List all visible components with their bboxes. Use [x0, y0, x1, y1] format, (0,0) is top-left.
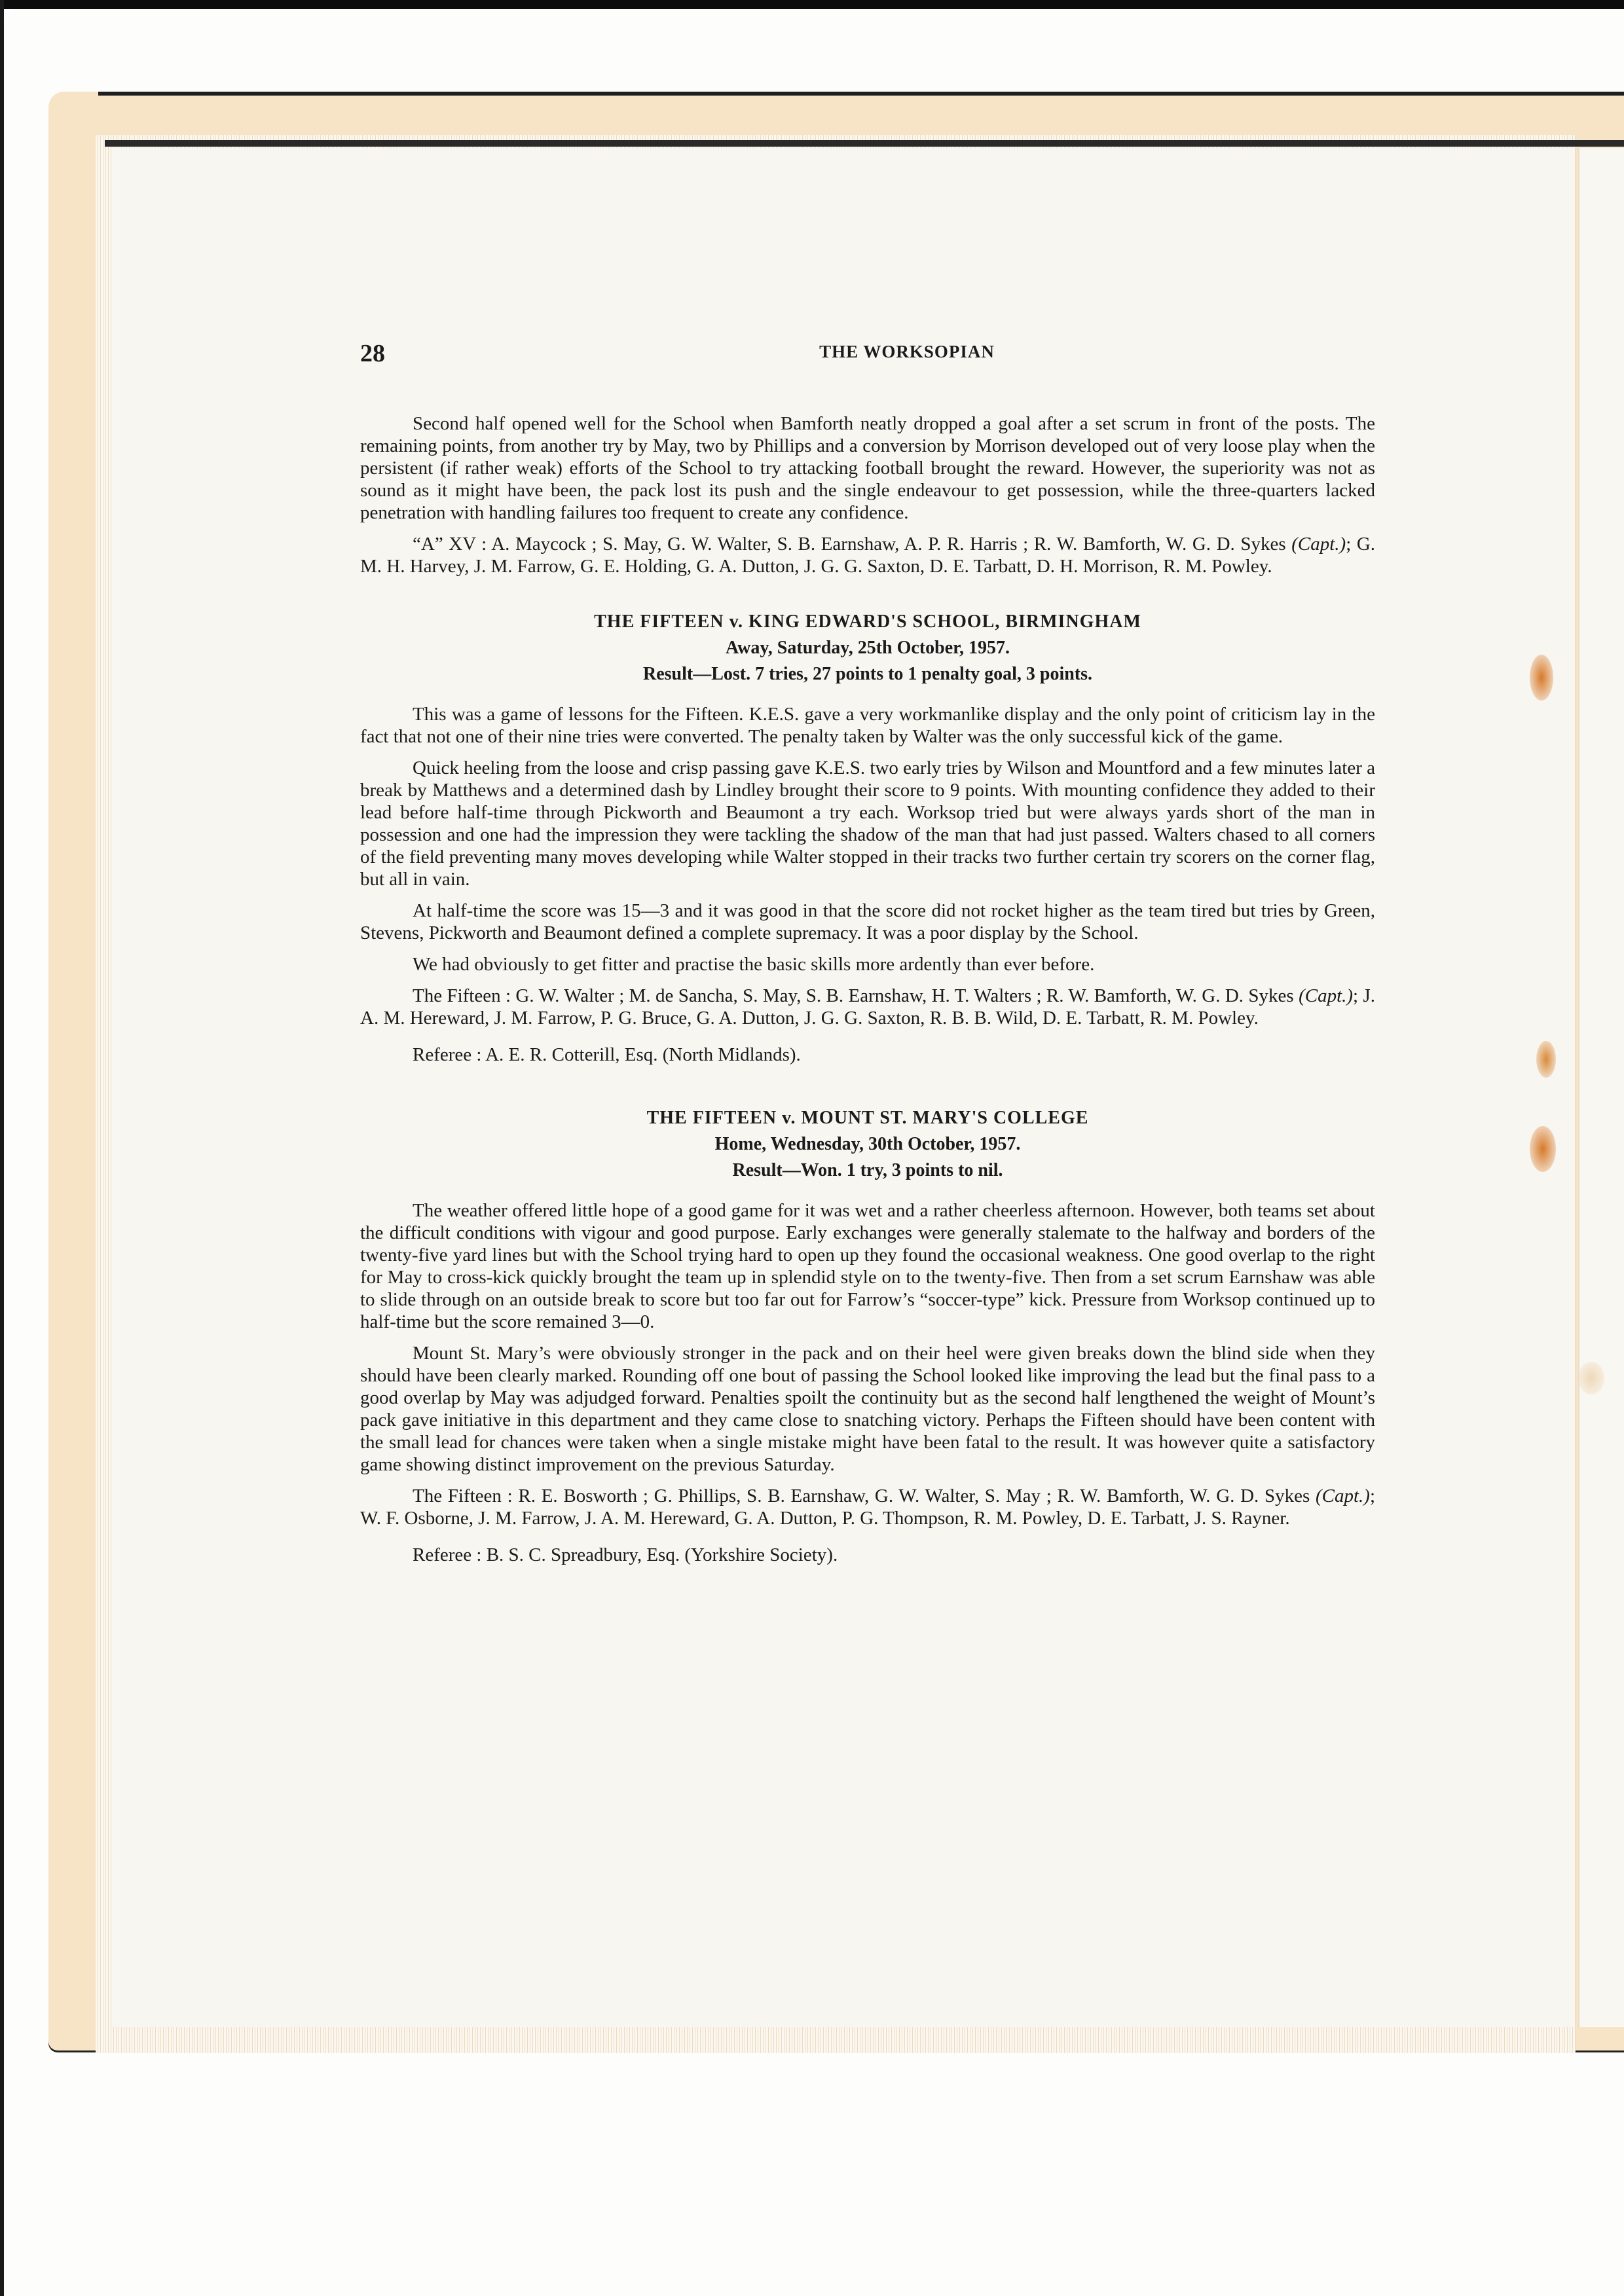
team-players: A. Maycock ; S. May, G. W. Walter, S. B.…: [491, 534, 1285, 555]
match-result: Result—Won. 1 try, 3 points to nil.: [360, 1157, 1375, 1184]
page-content: 28 THE WORKSOPIAN Second half opened wel…: [360, 334, 1375, 1575]
referee-line: Referee : A. E. R. Cotterill, Esq. (Nort…: [360, 1044, 1375, 1066]
journal-title: THE WORKSOPIAN: [360, 342, 1375, 362]
page-edge-shadow: [105, 140, 1624, 147]
team-label: The Fifteen :: [413, 985, 511, 1006]
match-report-paragraph: We had obviously to get fitter and pract…: [360, 953, 1375, 975]
match-title: THE FIFTEEN v. KING EDWARD'S SCHOOL, BIR…: [360, 609, 1375, 635]
team-players: R. E. Bosworth ; G. Phillips, S. B. Earn…: [518, 1485, 1310, 1506]
cover-shadow: [98, 92, 1624, 96]
match-date: Home, Wednesday, 30th October, 1957.: [360, 1131, 1375, 1157]
stain-mark: [1536, 1041, 1556, 1078]
match-heading: THE FIFTEEN v. MOUNT ST. MARY'S COLLEGE …: [360, 1105, 1375, 1184]
match-report-paragraph: Quick heeling from the loose and crisp p…: [360, 757, 1375, 890]
referee-label: Referee :: [413, 1044, 481, 1065]
captain-mark: (Capt.): [1291, 534, 1346, 555]
match-report-paragraph: This was a game of lessons for the Fifte…: [360, 703, 1375, 748]
match-report-paragraph: The weather offered little hope of a goo…: [360, 1199, 1375, 1333]
team-players: G. W. Walter ; M. de Sancha, S. May, S. …: [515, 985, 1293, 1006]
referee-name: A. E. R. Cotterill, Esq. (North Midlands…: [485, 1044, 801, 1065]
stain-mark: [1578, 1362, 1604, 1394]
facing-page-edge: [1578, 148, 1624, 2027]
stain-mark: [1530, 1126, 1556, 1172]
team-list: The Fifteen : R. E. Bosworth ; G. Philli…: [360, 1485, 1375, 1529]
stain-mark: [1530, 655, 1553, 701]
match-report-paragraph: At half-time the score was 15—3 and it w…: [360, 900, 1375, 944]
team-label: “A” XV :: [413, 534, 487, 555]
team-list: The Fifteen : G. W. Walter ; M. de Sanch…: [360, 985, 1375, 1029]
referee-name: B. S. C. Spreadbury, Esq. (Yorkshire Soc…: [487, 1544, 838, 1565]
captain-mark: (Capt.): [1316, 1485, 1370, 1506]
match-date: Away, Saturday, 25th October, 1957.: [360, 635, 1375, 661]
scanner-top-edge: [0, 0, 1624, 9]
match-result: Result—Lost. 7 tries, 27 points to 1 pen…: [360, 661, 1375, 687]
match-report-paragraph: Second half opened well for the School w…: [360, 412, 1375, 524]
match-heading: THE FIFTEEN v. KING EDWARD'S SCHOOL, BIR…: [360, 609, 1375, 687]
team-list: “A” XV : A. Maycock ; S. May, G. W. Walt…: [360, 533, 1375, 577]
match-title: THE FIFTEEN v. MOUNT ST. MARY'S COLLEGE: [360, 1105, 1375, 1131]
referee-line: Referee : B. S. C. Spreadbury, Esq. (Yor…: [360, 1544, 1375, 1566]
referee-label: Referee :: [413, 1544, 481, 1565]
team-label: The Fifteen :: [413, 1485, 513, 1506]
running-head: 28 THE WORKSOPIAN: [360, 334, 1375, 373]
captain-mark: (Capt.): [1299, 985, 1353, 1006]
match-report-paragraph: Mount St. Mary’s were obviously stronger…: [360, 1342, 1375, 1476]
